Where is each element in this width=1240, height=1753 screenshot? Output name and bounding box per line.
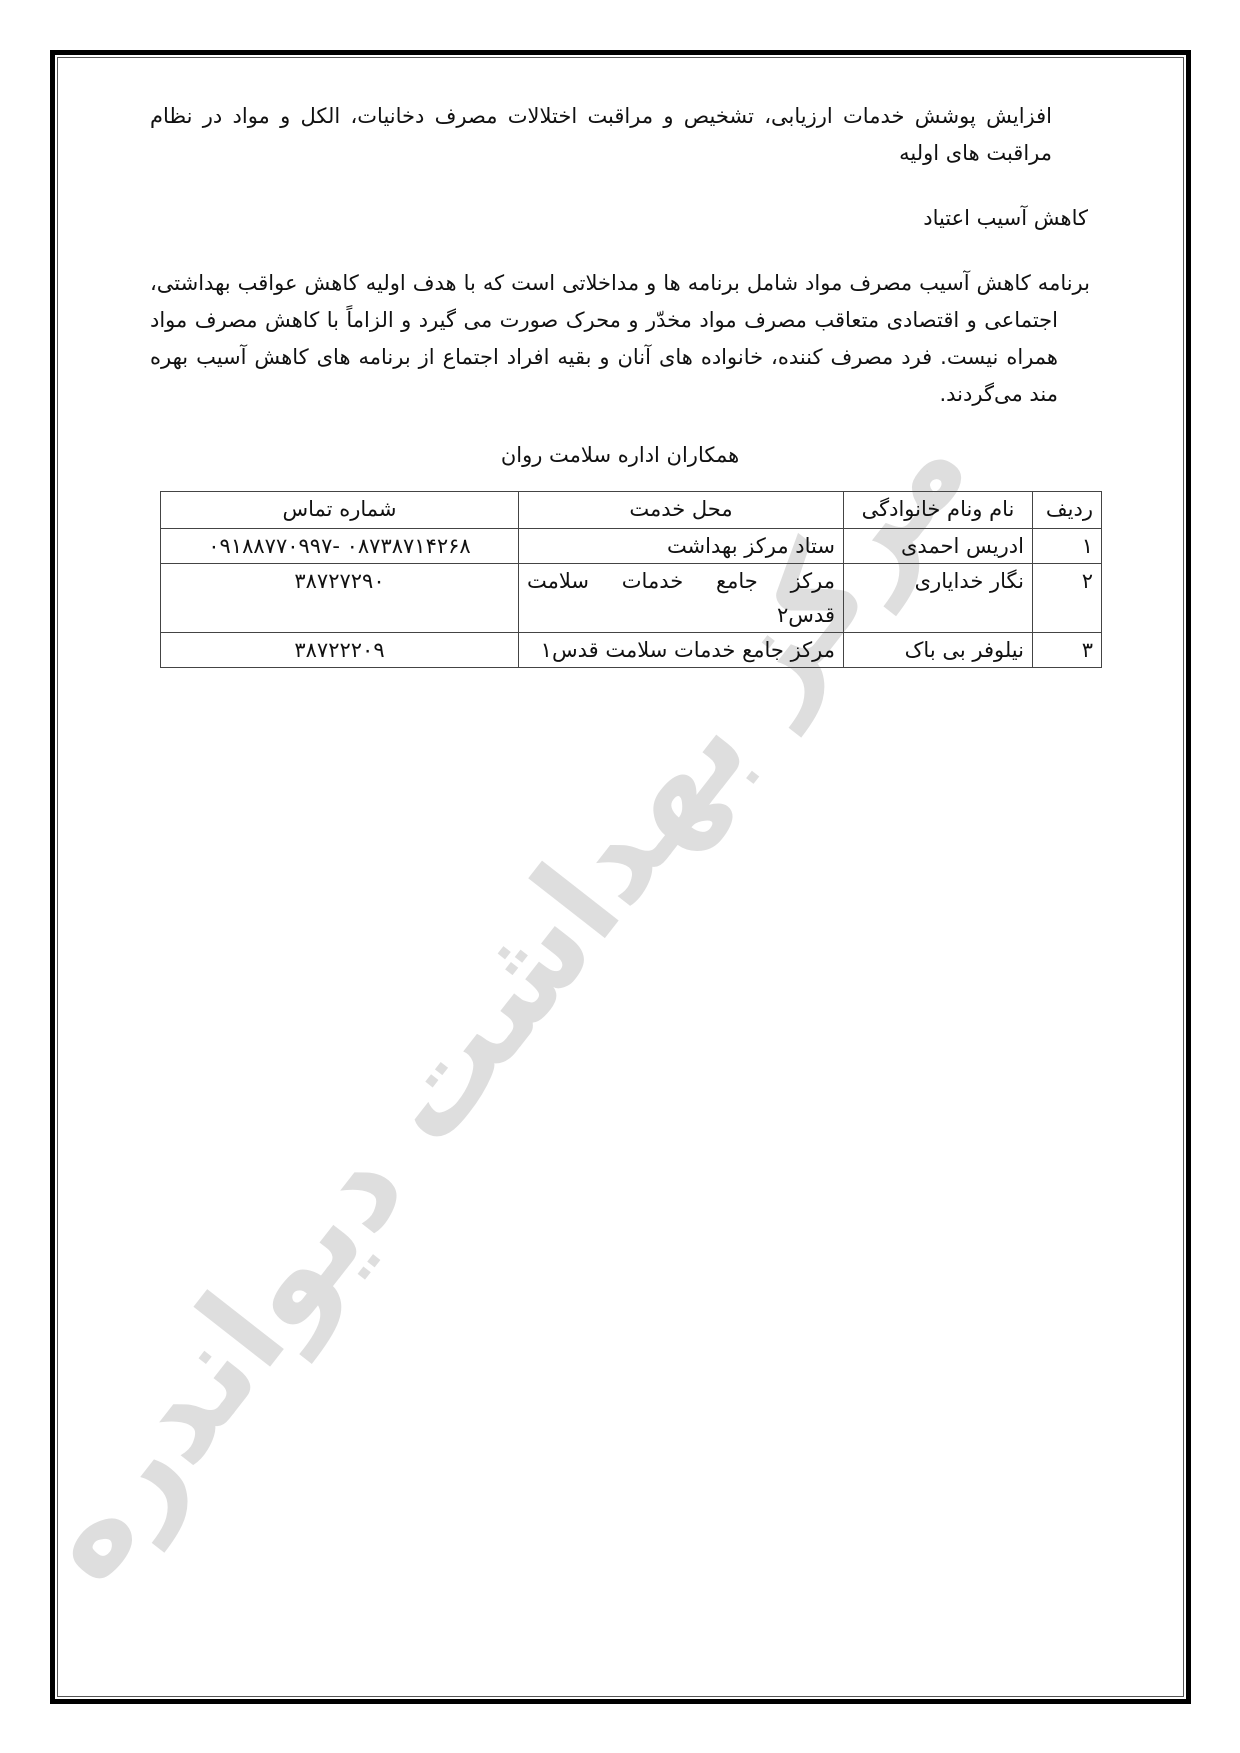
cell-service-location-text: مرکز جامع خدمات سلامت قدس۱	[527, 633, 835, 667]
table-caption: همکاران اداره سلامت روان	[150, 437, 1090, 474]
table-row: ۳ نیلوفر بی باک مرکز جامع خدمات سلامت قد…	[161, 633, 1102, 668]
cell-full-name: نگار خدایاری	[844, 564, 1033, 633]
paragraph-harm-reduction: برنامه کاهش آسیب مصرف مواد شامل برنامه ه…	[150, 265, 1090, 413]
paragraph-primary-care-coverage: افزایش پوشش خدمات ارزیابی، تشخیص و مراقب…	[150, 98, 1052, 172]
table-header-row: ردیف نام ونام خانوادگی محل خدمت شماره تم…	[161, 492, 1102, 529]
cell-full-name: ادریس احمدی	[844, 529, 1033, 564]
cell-service-location-line-2: قدس۲	[527, 598, 835, 632]
cell-row-number: ۱	[1033, 529, 1102, 564]
cell-service-location: مرکز جامع خدمات سلامت قدس۱	[519, 633, 844, 668]
header-full-name: نام ونام خانوادگی	[844, 492, 1033, 529]
document-body: افزایش پوشش خدمات ارزیابی، تشخیص و مراقب…	[150, 98, 1090, 413]
cell-contact-number: ۰۸۷۳۸۷۱۴۲۶۸ -۰۹۱۸۸۷۷۰۹۹۷	[161, 529, 519, 564]
cell-contact-number: ۳۸۷۲۲۲۰۹	[161, 633, 519, 668]
cell-contact-number: ۳۸۷۲۷۲۹۰	[161, 564, 519, 633]
staff-table: ردیف نام ونام خانوادگی محل خدمت شماره تم…	[160, 491, 1102, 668]
cell-service-location: مرکز جامع خدمات سلامت قدس۲	[519, 564, 844, 633]
header-contact-number: شماره تماس	[161, 492, 519, 529]
table-row: ۱ ادریس احمدی ستاد مرکز بهداشت ۰۸۷۳۸۷۱۴۲…	[161, 529, 1102, 564]
cell-full-name: نیلوفر بی باک	[844, 633, 1033, 668]
table-row: ۲ نگار خدایاری مرکز جامع خدمات سلامت قدس…	[161, 564, 1102, 633]
cell-row-number: ۳	[1033, 633, 1102, 668]
cell-row-number: ۲	[1033, 564, 1102, 633]
cell-service-location-text: ستاد مرکز بهداشت	[527, 529, 835, 563]
cell-service-location: ستاد مرکز بهداشت	[519, 529, 844, 564]
cell-service-location-line-1: مرکز جامع خدمات سلامت	[527, 564, 835, 598]
section-heading-harm-reduction: کاهش آسیب اعتیاد	[150, 200, 1088, 237]
header-row-number: ردیف	[1033, 492, 1102, 529]
header-service-location: محل خدمت	[519, 492, 844, 529]
